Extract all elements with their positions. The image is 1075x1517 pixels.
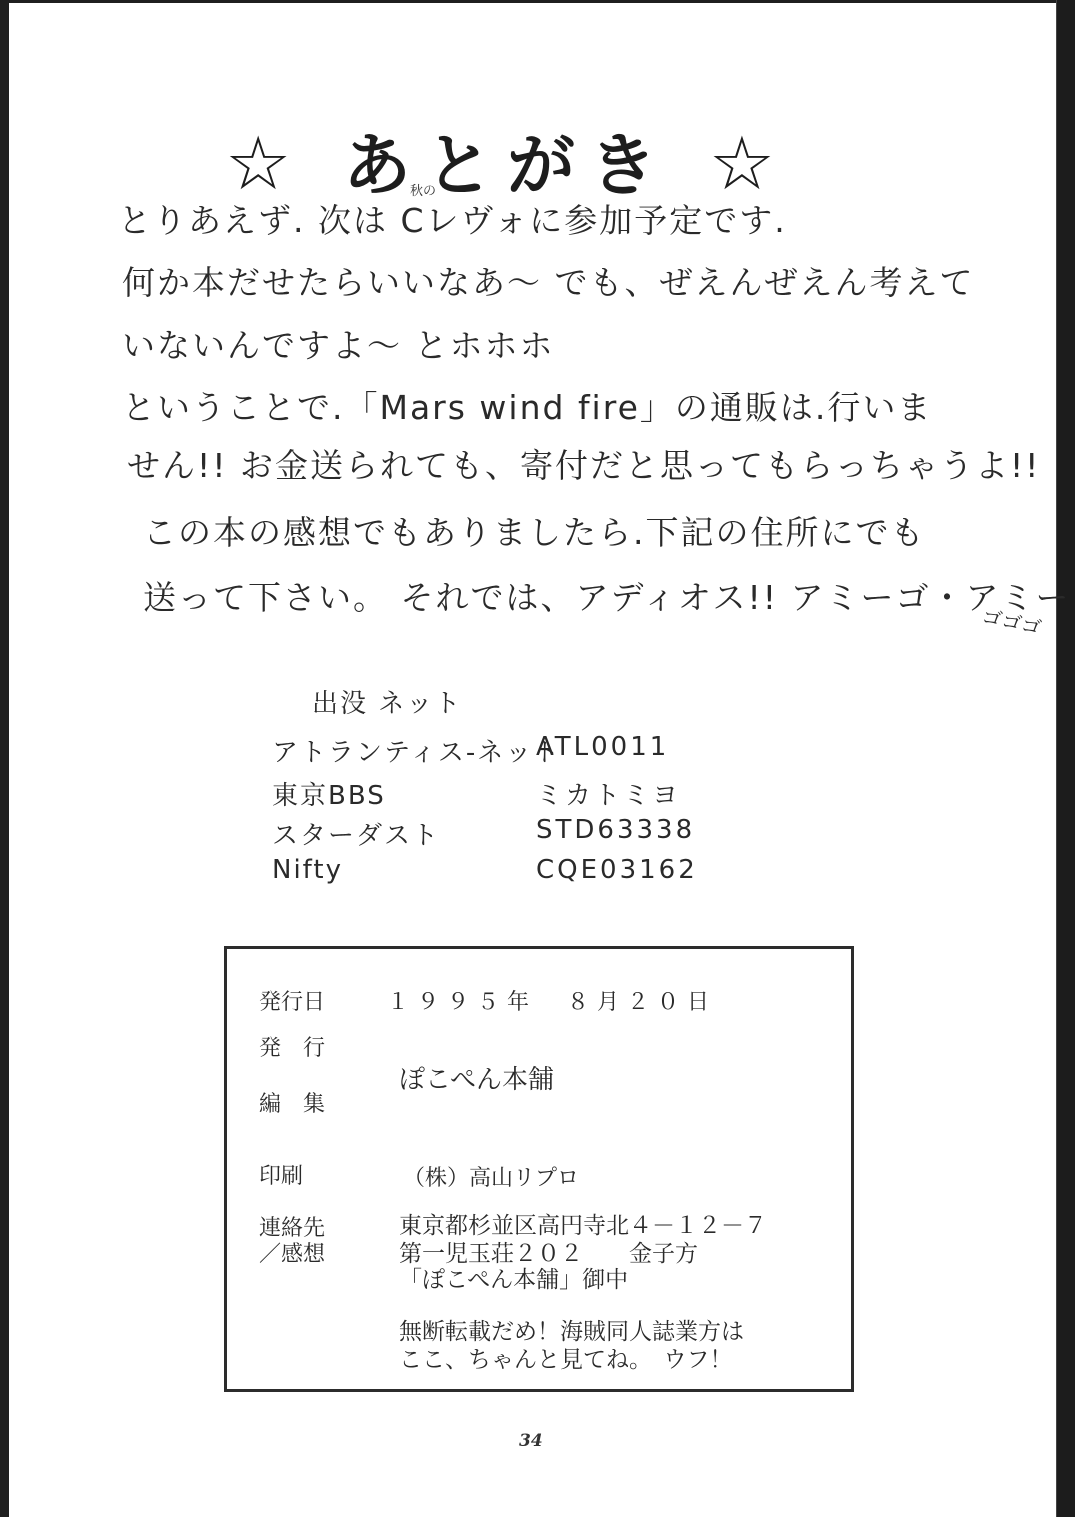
note-line: 無断転載だめ！海賊同人誌業方は xyxy=(399,1319,744,1345)
afterword-line: この本の感想でもありましたら.下記の住所にでも xyxy=(143,507,926,554)
note-line: ここ、ちゃんと見てね。 ウフ！ xyxy=(399,1347,733,1373)
afterword-line: せん!! お金送られても、寄付だと思ってもらっちゃうよ!! xyxy=(127,440,1040,487)
network-name: スターダスト xyxy=(272,815,440,852)
page-number: 34 xyxy=(519,1431,543,1451)
afterword-line: ということで.「Mars wind fire」の通販は.行いま xyxy=(122,382,932,429)
address-line: 第一児玉荘２０２ 金子方 xyxy=(399,1241,698,1267)
printer-label: 印刷 xyxy=(259,1159,303,1190)
network-id: CQE03162 xyxy=(536,855,698,885)
network-name: 東京BBS xyxy=(272,775,386,812)
network-name: アトランティス-ネット xyxy=(272,732,561,769)
afterword-line: いないんですよ〜 とホホホ xyxy=(122,320,555,367)
afterword-line: 送って下さい。 それでは、アディオス!! アミーゴ・アミーゴ xyxy=(143,572,1075,619)
printer-value: （株）高山リプロ xyxy=(403,1161,579,1192)
network-id: ミカトミヨ xyxy=(536,775,681,812)
feedback-label: ／感想 xyxy=(259,1237,325,1268)
network-name: Nifty xyxy=(272,855,343,885)
issue-date-label: 発行日 xyxy=(259,985,325,1016)
editor-label: 編 集 xyxy=(259,1087,325,1118)
issue-date-value: １９９５年 ８月２０日 xyxy=(387,985,717,1016)
afterword-line: 何か本だせたらいいなあ〜 でも、ぜえんぜえん考えて xyxy=(122,257,975,304)
address-line: 東京都杉並区高円寺北４－１２－７ xyxy=(399,1213,767,1239)
online-nets-heading: 出没 ネット xyxy=(312,683,462,720)
publisher-value: ぽこぺん本舗 xyxy=(399,1059,554,1096)
afterword-line: とりあえず. 次は Cレヴォに参加予定です. xyxy=(118,195,787,242)
scan-edge xyxy=(1056,0,1075,1517)
network-id: STD63338 xyxy=(536,815,695,845)
address-line: 「ぽこぺん本舗」御中 xyxy=(399,1267,628,1293)
publisher-label: 発 行 xyxy=(259,1031,325,1062)
network-id: ATL0011 xyxy=(536,732,669,762)
colophon-box: 発行日 １９９５年 ８月２０日 発 行 編 集 ぽこぺん本舗 印刷 （株）高山リ… xyxy=(224,946,854,1392)
